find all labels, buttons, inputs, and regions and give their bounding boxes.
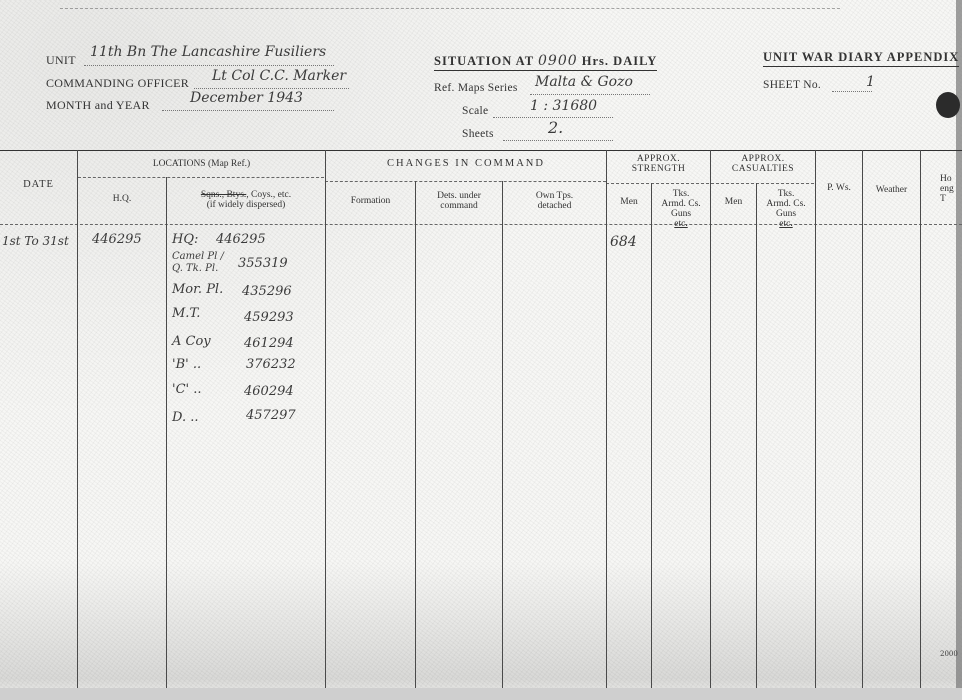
header-weather: Weather — [863, 185, 920, 195]
header-casualties-men: Men — [711, 197, 756, 207]
war-diary-page: UNIT 11th Bn The Lancashire Fusiliers CO… — [0, 0, 962, 700]
unit-label: UNIT — [46, 53, 76, 68]
header-own-line1: Own Tps. — [536, 191, 573, 201]
header-coys-sub: (if widely dispersed) — [207, 200, 286, 210]
footer-mark: 2000 — [940, 650, 958, 658]
location-name: D. .. — [172, 410, 199, 425]
tks-line1: Tks. — [673, 189, 690, 199]
location-name: Mor. Pl. — [172, 282, 223, 297]
header-hq: H.Q. — [78, 194, 166, 204]
location-name: A Coy — [172, 334, 211, 349]
month-label: MONTH and YEAR — [46, 98, 150, 113]
cas-tks-line1: Tks. — [778, 189, 795, 199]
header-strength-tks: Tks. Armd. Cs. Guns etc. — [652, 189, 710, 229]
col-divider — [166, 177, 167, 688]
col-divider — [920, 150, 921, 688]
unit-dotted-line — [84, 65, 334, 66]
header-dets: Dets. under command — [416, 191, 502, 211]
changes-subrule — [325, 181, 606, 182]
col-divider — [756, 183, 757, 688]
appendix-title: UNIT WAR DIARY APPENDIX — [763, 50, 959, 67]
header-pws: P. Ws. — [816, 183, 862, 193]
location-name: HQ: — [172, 232, 198, 247]
col-divider — [325, 150, 326, 688]
location-name: 'B' .. — [172, 357, 201, 372]
header-cas-line1: APPROX. — [741, 154, 784, 164]
location-name: Camel Pl / Q. Tk. Pl. — [172, 251, 232, 275]
hours-line3: T — [940, 194, 946, 204]
cas-tks-line4: etc. — [779, 219, 792, 229]
co-value: Lt Col C.C. Marker — [212, 68, 346, 84]
situation-suffix: Hrs. DAILY — [582, 54, 658, 68]
top-rule — [60, 8, 840, 9]
header-coys-rest: , Coys., etc. — [246, 190, 291, 200]
location-ref: 459293 — [244, 310, 294, 325]
tks-line2: Armd. Cs. — [661, 199, 700, 209]
maps-dotted-line — [530, 94, 650, 95]
location-name: M.T. — [172, 306, 200, 321]
maps-value: Malta & Gozo — [535, 74, 633, 90]
col-divider — [651, 183, 652, 688]
unit-value: 11th Bn The Lancashire Fusiliers — [90, 44, 326, 60]
col-divider — [862, 150, 863, 688]
scan-bottom-edge — [0, 688, 962, 700]
header-changes: CHANGES IN COMMAND — [326, 159, 606, 169]
header-cas-line2: CASUALTIES — [732, 164, 794, 174]
sheet-no-value: 1 — [866, 74, 875, 90]
header-own-tps: Own Tps. detached — [503, 191, 606, 211]
situation-prefix: SITUATION AT — [434, 54, 534, 68]
cas-tks-line3: Guns — [776, 209, 796, 219]
header-coys-struck: Sqns., Btys. — [201, 190, 246, 200]
col-divider — [415, 181, 416, 688]
header-strength-men: Men — [607, 197, 651, 207]
location-ref: 457297 — [246, 408, 296, 423]
row-date: 1st To 31st — [2, 234, 69, 248]
table-top-rule — [0, 150, 962, 151]
sheet-no-label: SHEET No. — [763, 79, 821, 91]
sheet-no-dotted-line — [832, 91, 872, 92]
hours-line2: eng — [940, 184, 954, 194]
header-dets-line2: command — [440, 201, 477, 211]
col-divider — [606, 150, 607, 688]
header-formation: Formation — [326, 196, 415, 206]
location-ref: 446295 — [216, 232, 266, 247]
location-name: 'C' .. — [172, 382, 202, 397]
location-ref: 460294 — [244, 384, 294, 399]
header-strength-line1: APPROX. — [637, 154, 680, 164]
row-hq: 446295 — [92, 232, 142, 247]
scale-value: 1 : 31680 — [530, 98, 597, 114]
month-value: December 1943 — [190, 90, 303, 106]
header-date: DATE — [0, 180, 77, 190]
sheets-dotted-line — [503, 140, 613, 141]
maps-label: Ref. Maps Series — [434, 82, 518, 94]
header-strength: APPROX. STRENGTH — [607, 154, 710, 174]
col-divider — [710, 150, 711, 688]
location-ref: 461294 — [244, 336, 294, 351]
header-strength-line2: STRENGTH — [632, 164, 686, 174]
location-ref: 355319 — [238, 256, 288, 271]
col-divider — [77, 150, 78, 688]
header-locations: LOCATIONS (Map Ref.) — [78, 159, 325, 169]
col-divider — [815, 150, 816, 688]
co-dotted-line — [194, 88, 349, 89]
tks-line4: etc. — [674, 219, 687, 229]
sheets-value: 2. — [548, 118, 563, 137]
locations-subrule — [78, 177, 324, 178]
tks-line3: Guns — [671, 209, 691, 219]
header-dets-line1: Dets. under — [437, 191, 481, 201]
location-ref: 435296 — [242, 284, 292, 299]
header-casualties-tks: Tks. Armd. Cs. Guns etc. — [757, 189, 815, 229]
header-casualties: APPROX. CASUALTIES — [711, 154, 815, 174]
hours-line1: Ho — [940, 174, 952, 184]
header-own-line2: detached — [538, 201, 572, 211]
col-divider — [502, 181, 503, 688]
month-dotted-line — [162, 110, 334, 111]
diary-table: DATE LOCATIONS (Map Ref.) H.Q. Sqns., Bt… — [0, 150, 962, 688]
co-label: COMMANDING OFFICER — [46, 76, 189, 91]
cas-tks-line2: Armd. Cs. — [766, 199, 805, 209]
strength-men-value: 684 — [610, 234, 637, 250]
header-bottom-rule — [0, 224, 962, 225]
situation-title: SITUATION AT 0900 Hrs. DAILY — [434, 53, 657, 71]
header-coys: Sqns., Btys., Coys., etc. (if widely dis… — [167, 190, 325, 210]
sheets-label: Sheets — [462, 128, 494, 140]
situation-time: 0900 — [538, 53, 578, 69]
location-ref: 376232 — [246, 357, 296, 372]
scale-label: Scale — [462, 105, 488, 117]
punch-hole — [936, 92, 960, 118]
header-hours-cut: Ho eng T — [940, 174, 962, 204]
